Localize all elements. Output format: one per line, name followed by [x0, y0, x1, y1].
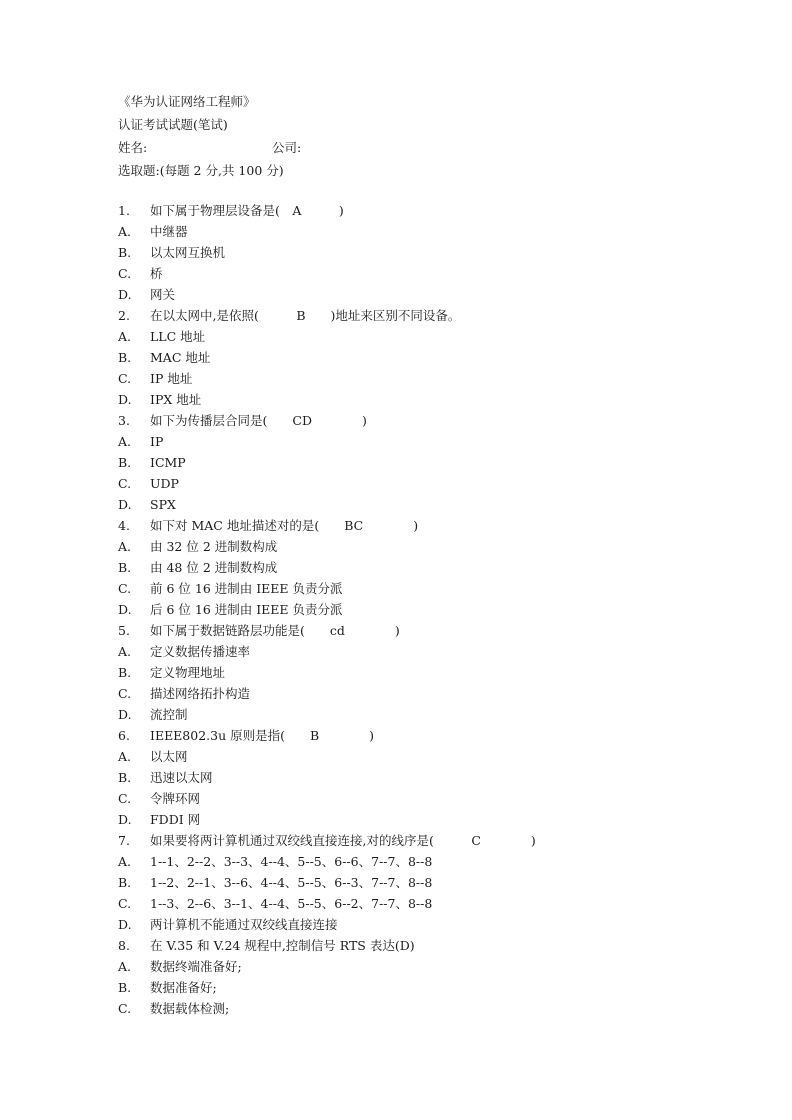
option-letter: B.	[118, 662, 150, 683]
option-text: 迅速以太网	[150, 767, 728, 788]
doc-title: 《华为认证网络工程师》	[118, 90, 728, 113]
option-row: A.中继器	[118, 221, 728, 242]
question-number: 8.	[118, 935, 150, 956]
question-text: 如下属于数据链路层功能是( cd )	[150, 620, 728, 641]
option-row: C.令牌环网	[118, 788, 728, 809]
option-letter: A.	[118, 641, 150, 662]
question-text: 在 V.35 和 V.24 规程中,控制信号 RTS 表达(D)	[150, 935, 728, 956]
doc-subtitle: 认证考试试题(笔试)	[118, 113, 728, 136]
option-text: 描述网络拓扑构造	[150, 683, 728, 704]
option-row: B.MAC 地址	[118, 347, 728, 368]
option-letter: A.	[118, 536, 150, 557]
option-row: C.1--3、2--6、3--1、4--4、5--5、6--2、7--7、8--…	[118, 893, 728, 914]
option-text: 前 6 位 16 进制由 IEEE 负责分派	[150, 578, 728, 599]
option-text: 以太网互换机	[150, 242, 728, 263]
option-text: 令牌环网	[150, 788, 728, 809]
option-text: 数据准备好;	[150, 977, 728, 998]
option-row: D.网关	[118, 284, 728, 305]
option-letter: A.	[118, 221, 150, 242]
option-row: A.IP	[118, 431, 728, 452]
option-row: A.定义数据传播速率	[118, 641, 728, 662]
option-letter: D.	[118, 284, 150, 305]
option-letter: C.	[118, 998, 150, 1019]
option-text: IPX 地址	[150, 389, 728, 410]
question-row: 1.如下属于物理层设备是( A )	[118, 200, 728, 221]
option-letter: D.	[118, 389, 150, 410]
option-row: C.桥	[118, 263, 728, 284]
option-text: 网关	[150, 284, 728, 305]
question-text: 如下属于物理层设备是( A )	[150, 200, 728, 221]
question-row: 2.在以太网中,是依照( B )地址来区别不同设备。	[118, 305, 728, 326]
option-letter: D.	[118, 809, 150, 830]
option-row: B.数据准备好;	[118, 977, 728, 998]
question-text: 如下对 MAC 地址描述对的是( BC )	[150, 515, 728, 536]
option-row: B.由 48 位 2 进制数构成	[118, 557, 728, 578]
option-letter: A.	[118, 956, 150, 977]
option-row: D.FDDI 网	[118, 809, 728, 830]
option-row: C.UDP	[118, 473, 728, 494]
question-number: 3.	[118, 410, 150, 431]
question-text: 在以太网中,是依照( B )地址来区别不同设备。	[150, 305, 728, 326]
name-company-row: 姓名:公司:	[118, 136, 728, 159]
option-row: D.流控制	[118, 704, 728, 725]
question-row: 5.如下属于数据链路层功能是( cd )	[118, 620, 728, 641]
name-label: 姓名:	[118, 136, 272, 159]
option-letter: C.	[118, 368, 150, 389]
option-row: D.IPX 地址	[118, 389, 728, 410]
option-letter: B.	[118, 872, 150, 893]
option-letter: D.	[118, 914, 150, 935]
option-row: B.定义物理地址	[118, 662, 728, 683]
option-row: B.1--2、2--1、3--6、4--4、5--5、6--3、7--7、8--…	[118, 872, 728, 893]
question-number: 6.	[118, 725, 150, 746]
option-row: A.由 32 位 2 进制数构成	[118, 536, 728, 557]
option-letter: B.	[118, 242, 150, 263]
option-text: FDDI 网	[150, 809, 728, 830]
option-letter: C.	[118, 473, 150, 494]
option-row: D.两计算机不能通过双绞线直接连接	[118, 914, 728, 935]
option-row: A.数据终端准备好;	[118, 956, 728, 977]
option-text: 1--3、2--6、3--1、4--4、5--5、6--2、7--7、8--8	[150, 893, 728, 914]
option-letter: A.	[118, 851, 150, 872]
option-row: C.前 6 位 16 进制由 IEEE 负责分派	[118, 578, 728, 599]
question-number: 2.	[118, 305, 150, 326]
option-letter: C.	[118, 578, 150, 599]
option-letter: A.	[118, 746, 150, 767]
option-text: IP 地址	[150, 368, 728, 389]
option-text: 中继器	[150, 221, 728, 242]
option-row: B.以太网互换机	[118, 242, 728, 263]
option-letter: A.	[118, 326, 150, 347]
option-letter: D.	[118, 494, 150, 515]
option-row: B.ICMP	[118, 452, 728, 473]
company-label: 公司:	[272, 140, 301, 155]
option-text: SPX	[150, 494, 728, 515]
option-text: 1--2、2--1、3--6、4--4、5--5、6--3、7--7、8--8	[150, 872, 728, 893]
option-row: B.迅速以太网	[118, 767, 728, 788]
question-number: 1.	[118, 200, 150, 221]
option-letter: D.	[118, 599, 150, 620]
option-text: LLC 地址	[150, 326, 728, 347]
option-letter: B.	[118, 977, 150, 998]
option-text: MAC 地址	[150, 347, 728, 368]
option-text: ICMP	[150, 452, 728, 473]
option-text: 定义数据传播速率	[150, 641, 728, 662]
option-row: A.LLC 地址	[118, 326, 728, 347]
option-row: D.SPX	[118, 494, 728, 515]
option-text: 以太网	[150, 746, 728, 767]
question-text: 如果要将两计算机通过双绞线直接连接,对的线序是( C )	[150, 830, 728, 851]
question-list: 1.如下属于物理层设备是( A )A.中继器B.以太网互换机C.桥D.网关2.在…	[118, 200, 728, 1019]
question-row: 7.如果要将两计算机通过双绞线直接连接,对的线序是( C )	[118, 830, 728, 851]
question-row: 3.如下为传播层合同是( CD )	[118, 410, 728, 431]
option-row: A.1--1、2--2、3--3、4--4、5--5、6--6、7--7、8--…	[118, 851, 728, 872]
option-text: UDP	[150, 473, 728, 494]
option-row: C.IP 地址	[118, 368, 728, 389]
option-text: IP	[150, 431, 728, 452]
question-text: IEEE802.3u 原则是指( B )	[150, 725, 728, 746]
option-text: 数据终端准备好;	[150, 956, 728, 977]
option-text: 后 6 位 16 进制由 IEEE 负责分派	[150, 599, 728, 620]
option-row: D.后 6 位 16 进制由 IEEE 负责分派	[118, 599, 728, 620]
option-letter: C.	[118, 893, 150, 914]
option-letter: B.	[118, 347, 150, 368]
option-letter: C.	[118, 788, 150, 809]
option-letter: A.	[118, 431, 150, 452]
option-letter: B.	[118, 767, 150, 788]
question-row: 6.IEEE802.3u 原则是指( B )	[118, 725, 728, 746]
option-letter: B.	[118, 452, 150, 473]
option-text: 由 48 位 2 进制数构成	[150, 557, 728, 578]
option-row: C.数据载体检测;	[118, 998, 728, 1019]
question-row: 4.如下对 MAC 地址描述对的是( BC )	[118, 515, 728, 536]
question-text: 如下为传播层合同是( CD )	[150, 410, 728, 431]
option-text: 由 32 位 2 进制数构成	[150, 536, 728, 557]
option-text: 流控制	[150, 704, 728, 725]
option-text: 数据载体检测;	[150, 998, 728, 1019]
option-row: C.描述网络拓扑构造	[118, 683, 728, 704]
section-instructions: 选取题:(每题 2 分,共 100 分)	[118, 159, 728, 182]
question-number: 7.	[118, 830, 150, 851]
option-letter: C.	[118, 263, 150, 284]
option-row: A.以太网	[118, 746, 728, 767]
option-text: 定义物理地址	[150, 662, 728, 683]
question-number: 5.	[118, 620, 150, 641]
option-text: 1--1、2--2、3--3、4--4、5--5、6--6、7--7、8--8	[150, 851, 728, 872]
question-number: 4.	[118, 515, 150, 536]
option-text: 桥	[150, 263, 728, 284]
exam-document: 《华为认证网络工程师》 认证考试试题(笔试) 姓名:公司: 选取题:(每题 2 …	[118, 90, 728, 1019]
option-letter: B.	[118, 557, 150, 578]
option-letter: C.	[118, 683, 150, 704]
option-letter: D.	[118, 704, 150, 725]
option-text: 两计算机不能通过双绞线直接连接	[150, 914, 728, 935]
question-row: 8.在 V.35 和 V.24 规程中,控制信号 RTS 表达(D)	[118, 935, 728, 956]
